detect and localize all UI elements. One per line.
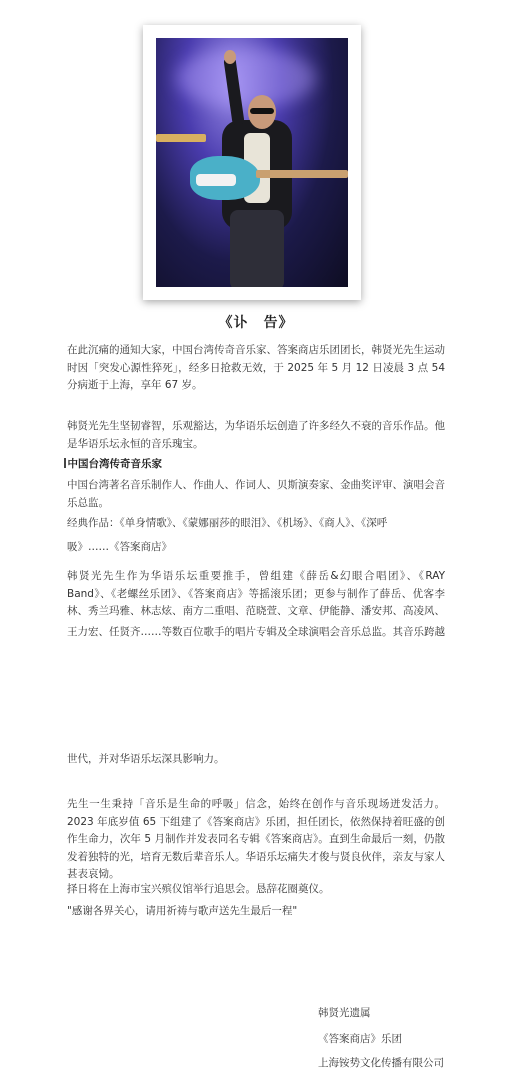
signature-band: 《答案商店》乐团: [318, 1031, 402, 1046]
signature-company: 上海铵势文化传播有限公司: [318, 1055, 444, 1070]
memorial-service-line: 择日将在上海市宝兴殡仪馆举行追思会。恳辞花圈奠仪。: [67, 881, 445, 899]
signature-family: 韩贤光遗属: [318, 1005, 371, 1020]
section-heading: 中国台湾传奇音乐家: [64, 456, 162, 471]
announcement-paragraph: 在此沉痛的通知大家，中国台湾传奇音乐家、答案商店乐团团长，韩贤光先生运动时因「突…: [67, 342, 445, 395]
memorial-photo-frame: [143, 25, 361, 300]
tribute-paragraph: 韩贤光先生坚韧睿智，乐观豁达，为华语乐坛创造了许多经久不衰的音乐作品。他是华语乐…: [67, 418, 445, 453]
section-heading-text: 中国台湾传奇音乐家: [68, 458, 163, 470]
career-paragraph-line4: 王力宏、任贤齐……等数百位歌手的唱片专辑及全球演唱会音乐总监。其音乐跨越: [67, 624, 445, 642]
works-line-2: 吸》……《答案商店》: [67, 539, 445, 557]
obituary-title: 《讣 告》: [0, 312, 512, 332]
influence-line: 世代，并对华语乐坛深具影响力。: [67, 751, 445, 769]
heading-bar-icon: [64, 458, 66, 468]
memorial-photo: [156, 38, 348, 287]
thanks-quote: "感谢各界关心，请用祈祷与歌声送先生最后一程": [67, 903, 445, 921]
roles-paragraph: 中国台湾著名音乐制作人、作曲人、作词人、贝斯演奏家、金曲奖评审、演唱会音乐总监。: [67, 477, 445, 512]
works-line-1: 经典作品：《单身情歌》、《蒙娜丽莎的眼泪》、《机场》、《商人》、《深呼: [67, 515, 445, 533]
career-paragraph: 韩贤光先生作为华语乐坛重要推手，曾组建《薛岳&幻眼合唱团》、《RAY Band》…: [67, 568, 445, 621]
life-paragraph: 先生一生秉持「音乐是生命的呼吸」信念，始终在创作与音乐现场迸发活力。2023 年…: [67, 796, 445, 884]
